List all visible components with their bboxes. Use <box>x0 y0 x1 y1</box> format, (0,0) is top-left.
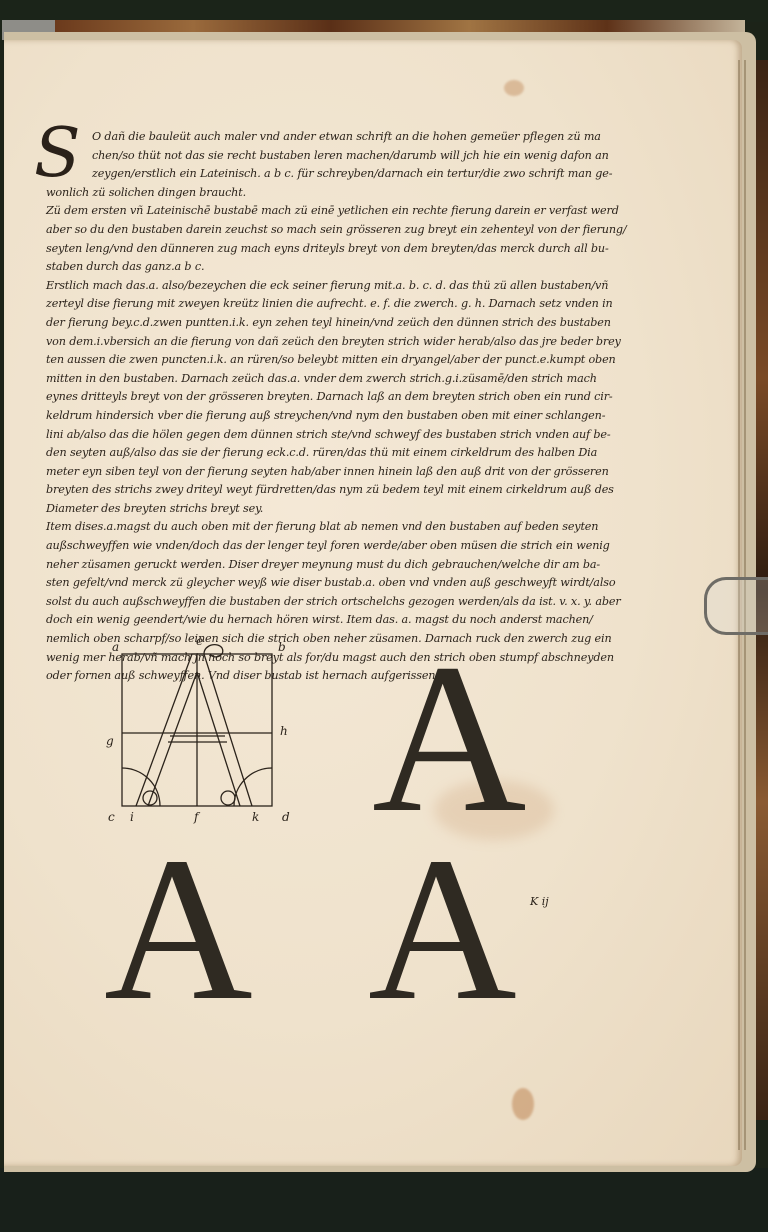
letter-a-lowered-bar: A <box>368 826 517 1032</box>
scan-backdrop-top <box>0 0 768 22</box>
label-d: d <box>282 810 290 824</box>
text-line: Erstlich mach das.a. also/bezeychen die … <box>46 277 606 296</box>
text-line: solst du auch außschweyffen die bustaben… <box>46 593 606 612</box>
text-line: eynes dritteyls breyt von der grösseren … <box>46 388 606 407</box>
text-line: neher züsamen geruckt werden. Diser drey… <box>46 556 606 575</box>
text-line: wonlich zü solichen dingen braucht. <box>46 184 606 203</box>
stain <box>512 1088 534 1120</box>
text-line: keldrum hindersich vber die fierung auß … <box>46 407 606 426</box>
label-k: k <box>252 810 259 824</box>
label-e: e <box>196 634 203 648</box>
text-line: seyten leng/vnd den dünneren zug mach ey… <box>46 240 606 259</box>
text-line: den seyten auß/also das sie der fierung … <box>46 444 606 463</box>
paragraph-3: Erstlich mach das.a. also/bezeychen die … <box>46 277 606 519</box>
text-line: staben durch das ganz.a b c. <box>46 258 606 277</box>
paragraph-2: Zü dem ersten vñ Lateinischē bustabē mac… <box>46 202 606 276</box>
text-line: chen/so thüt not das sie recht bustaben … <box>46 147 606 166</box>
label-h: h <box>280 724 288 738</box>
text-line: meter eyn siben teyl von der fierung sey… <box>46 463 606 482</box>
text-line: der fierung bey.c.d.zwen puntten.i.k. ey… <box>46 314 606 333</box>
label-b: b <box>278 640 286 654</box>
text-line: von dem.i.vbersich an die fierung von da… <box>46 333 606 352</box>
text-line: zeygen/erstlich ein Lateinisch. a b c. f… <box>46 165 606 184</box>
text-line: zerteyl dise fierung mit zweyen kreütz l… <box>46 295 606 314</box>
text-line: Diameter des breyten strichs breyt sey. <box>46 500 606 519</box>
text-line: sten gefelt/vnd merck zü gleycher weyß w… <box>46 574 606 593</box>
book-clip <box>704 577 768 635</box>
text-line: Zü dem ersten vñ Lateinischē bustabē mac… <box>46 202 606 221</box>
text-line: ten aussen die zwen puncten.i.k. an rüre… <box>46 351 606 370</box>
drop-cap: S <box>34 124 81 184</box>
text-line: Item dises.a.magst du auch oben mit der … <box>46 518 606 537</box>
label-a: a <box>112 640 119 654</box>
letter-a-pointed: A <box>104 826 253 1032</box>
paragraph-1: O dañ die bauleüt auch maler vnd ander e… <box>46 128 606 202</box>
text-line: lini ab/also das die hölen gegen dem dün… <box>46 426 606 445</box>
text-line: breyten des strichs zwey driteyl weyt fü… <box>46 481 606 500</box>
text-line: O dañ die bauleüt auch maler vnd ander e… <box>46 128 606 147</box>
body-text: S O dañ die bauleüt auch maler vnd ander… <box>46 128 606 686</box>
scan-backdrop-bottom <box>0 1168 768 1232</box>
signature-mark: K ij <box>530 895 549 908</box>
label-g: g <box>106 734 114 748</box>
construction-grid-icon <box>100 638 300 828</box>
text-line: außschweyffen wie vnden/doch das der len… <box>46 537 606 556</box>
stain <box>504 80 524 96</box>
letter-construction-diagram: a b c d e f g h i k <box>100 638 300 828</box>
text-line: aber so du den bustaben darein zeuchst s… <box>46 221 606 240</box>
text-line: mitten in den bustaben. Darnach zeüch da… <box>46 370 606 389</box>
